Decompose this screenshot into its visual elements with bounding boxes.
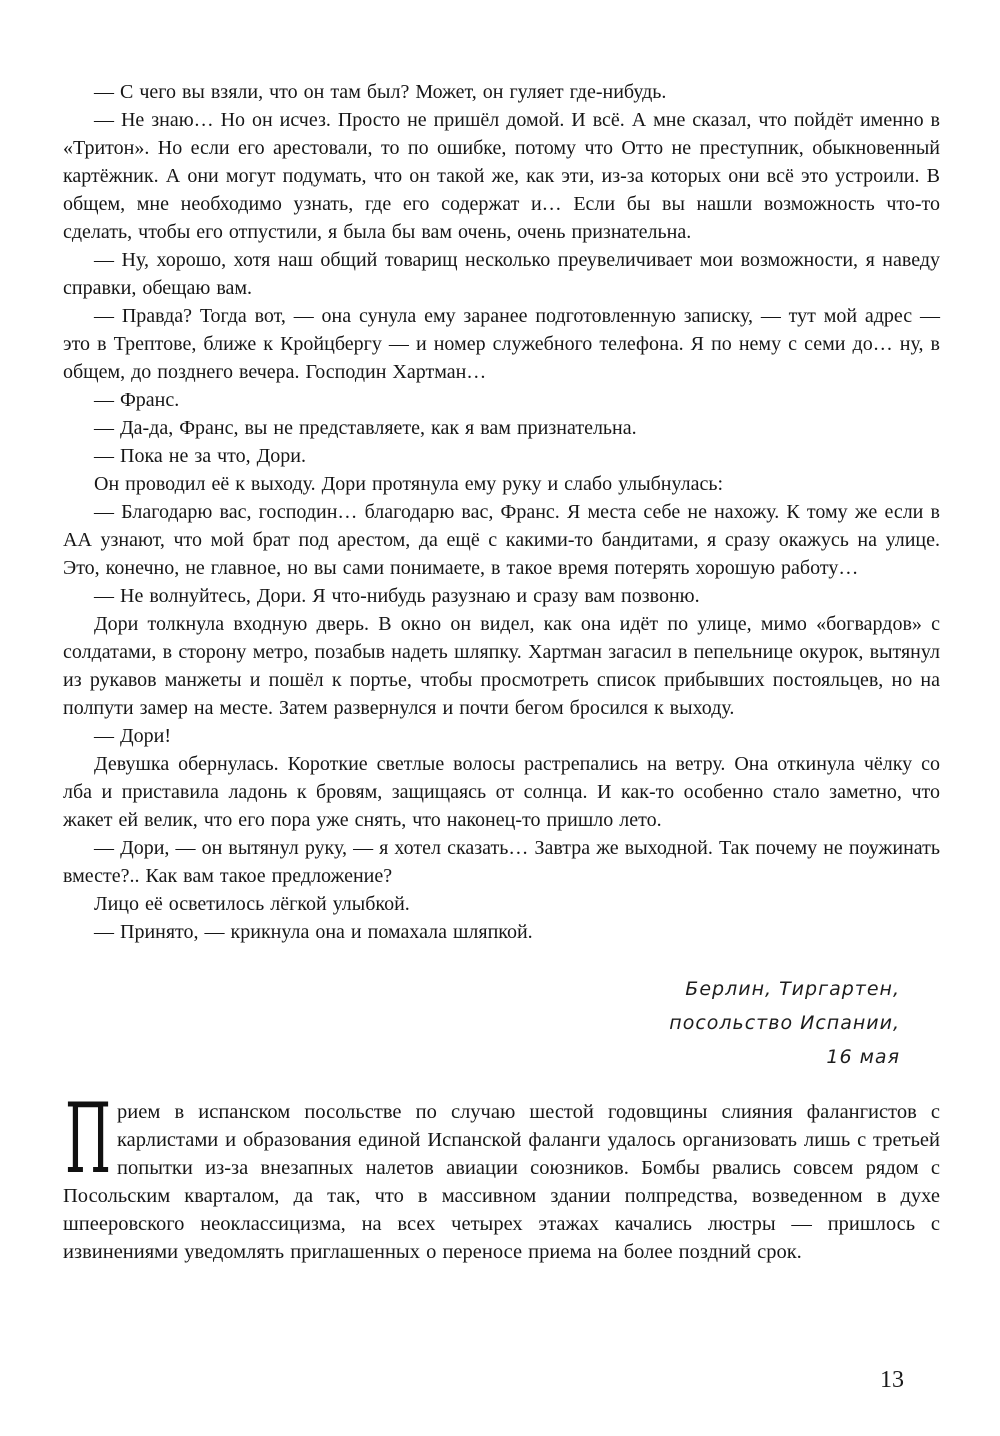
- body-text: — С чего вы взяли, что он там был? Может…: [63, 78, 940, 946]
- paragraph: — Не знаю… Но он исчез. Просто не пришёл…: [63, 106, 940, 246]
- page-number: 13: [880, 1367, 904, 1394]
- paragraph: — Пока не за что, Дори.: [63, 442, 940, 470]
- paragraph: — Правда? Тогда вот, — она сунула ему за…: [63, 302, 940, 386]
- paragraph: Дори толкнула входную дверь. В окно он в…: [63, 610, 940, 722]
- paragraph: — Дори!: [63, 722, 940, 750]
- paragraph: Лицо её осветилось лёгкой улыбкой.: [63, 890, 940, 918]
- paragraph: — Принято, — крикнула она и помахала шля…: [63, 918, 940, 946]
- paragraph: — Не волнуйтесь, Дори. Я что-нибудь разу…: [63, 582, 940, 610]
- dateline-line: посольство Испании,: [63, 1006, 900, 1040]
- section-opening: Прием в испанском посольстве по случаю ш…: [63, 1098, 940, 1266]
- paragraph: — Да-да, Франс, вы не представляете, как…: [63, 414, 940, 442]
- paragraph: Он проводил её к выходу. Дори протянула …: [63, 470, 940, 498]
- section-paragraph: Прием в испанском посольстве по случаю ш…: [63, 1098, 940, 1266]
- paragraph: — Дори, — он вытянул руку, — я хотел ска…: [63, 834, 940, 890]
- paragraph: — Франс.: [63, 386, 940, 414]
- paragraph: Девушка обернулась. Короткие светлые вол…: [63, 750, 940, 834]
- paragraph: — С чего вы взяли, что он там был? Может…: [63, 78, 940, 106]
- dateline: Берлин, Тиргартен, посольство Испании, 1…: [63, 972, 940, 1074]
- dateline-line: Берлин, Тиргартен,: [63, 972, 900, 1006]
- paragraph: — Ну, хорошо, хотя наш общий товарищ нес…: [63, 246, 940, 302]
- section-paragraph-text: рием в испанском посольстве по случаю ше…: [63, 1101, 940, 1263]
- dateline-line: 16 мая: [63, 1040, 900, 1074]
- paragraph: — Благодарю вас, господин… благодарю вас…: [63, 498, 940, 582]
- book-page: — С чего вы взяли, что он там был? Может…: [0, 0, 1000, 1436]
- drop-cap-letter: П: [65, 1101, 86, 1179]
